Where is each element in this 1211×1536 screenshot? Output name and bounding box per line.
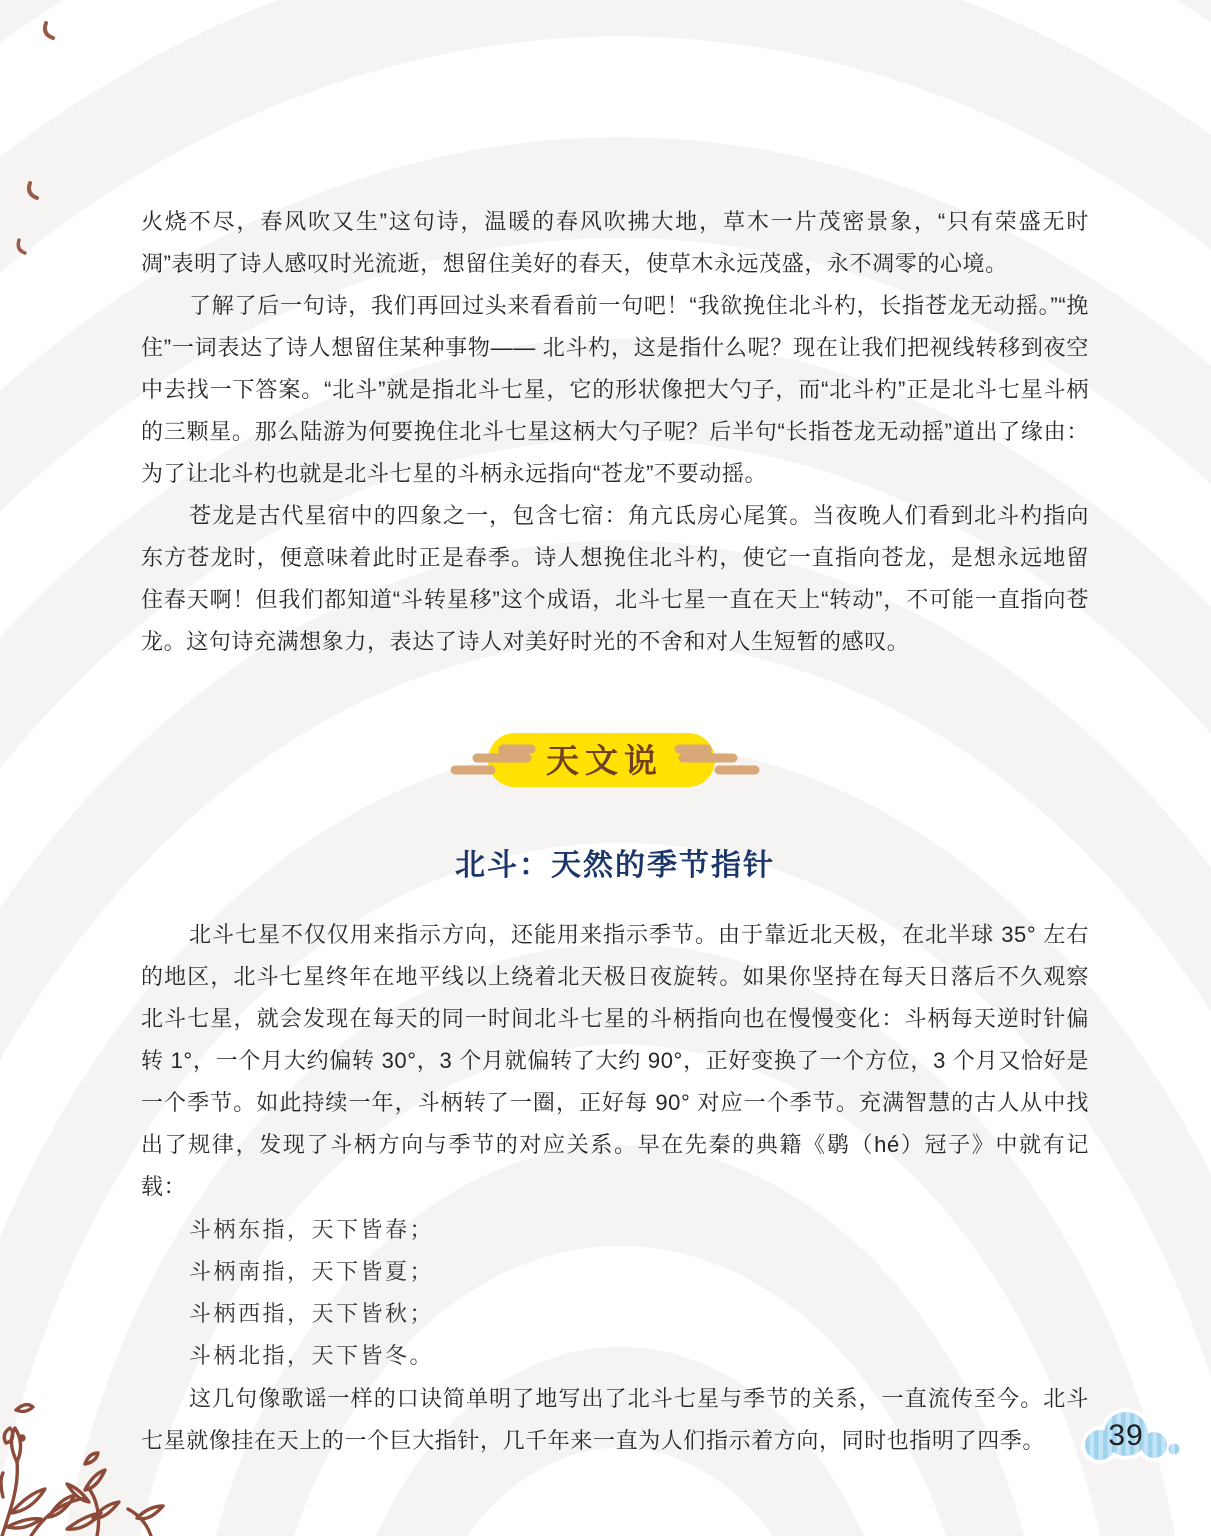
verse-line: 斗柄南指，天下皆夏； [189,1252,1089,1294]
section-badge-label: 天文说 [540,744,663,777]
paragraph: 这几句像歌谣一样的口诀简单明了地写出了北斗七星与季节的关系，一直流传至今。北斗七… [141,1378,1089,1462]
verse-line: 斗柄东指，天下皆春； [189,1210,1089,1252]
paragraph: 了解了后一句诗，我们再回过头来看看前一句吧！“我欲挽住北斗杓，长指苍龙无动摇。”… [141,285,1089,495]
cloud-ornament-icon [443,741,551,779]
cloud-ornament-icon [659,741,767,779]
main-text-column: 火烧不尽，春风吹又生”这句诗，温暖的春风吹拂大地，草木一片茂密景象，“只有荣盛无… [141,201,1089,1462]
section-title: 北斗：天然的季节指针 [141,846,1089,886]
verse-line: 斗柄北指，天下皆冬。 [189,1336,1089,1378]
plant-sketch-icon [0,1384,235,1536]
page-number: 39 [1094,1419,1158,1453]
verse-block: 斗柄东指，天下皆春； 斗柄南指，天下皆夏； 斗柄西指，天下皆秋； 斗柄北指，天下… [141,1210,1089,1378]
document-page: 火烧不尽，春风吹又生”这句诗，温暖的春风吹拂大地，草木一片茂密景象，“只有荣盛无… [0,0,1211,1536]
paragraph-continuation: 火烧不尽，春风吹又生”这句诗，温暖的春风吹拂大地，草木一片茂密景象，“只有荣盛无… [141,201,1089,285]
paragraph: 苍龙是古代星宿中的四象之一，包含七宿：角亢氐房心尾箕。当夜晚人们看到北斗杓指向东… [141,495,1089,663]
verse-line: 斗柄西指，天下皆秋； [189,1294,1089,1336]
section-badge: 天文说 [141,733,1089,787]
ink-flick-icon [0,0,90,270]
paragraph: 北斗七星不仅仅用来指示方向，还能用来指示季节。由于靠近北天极，在北半球 35° … [141,914,1089,1208]
